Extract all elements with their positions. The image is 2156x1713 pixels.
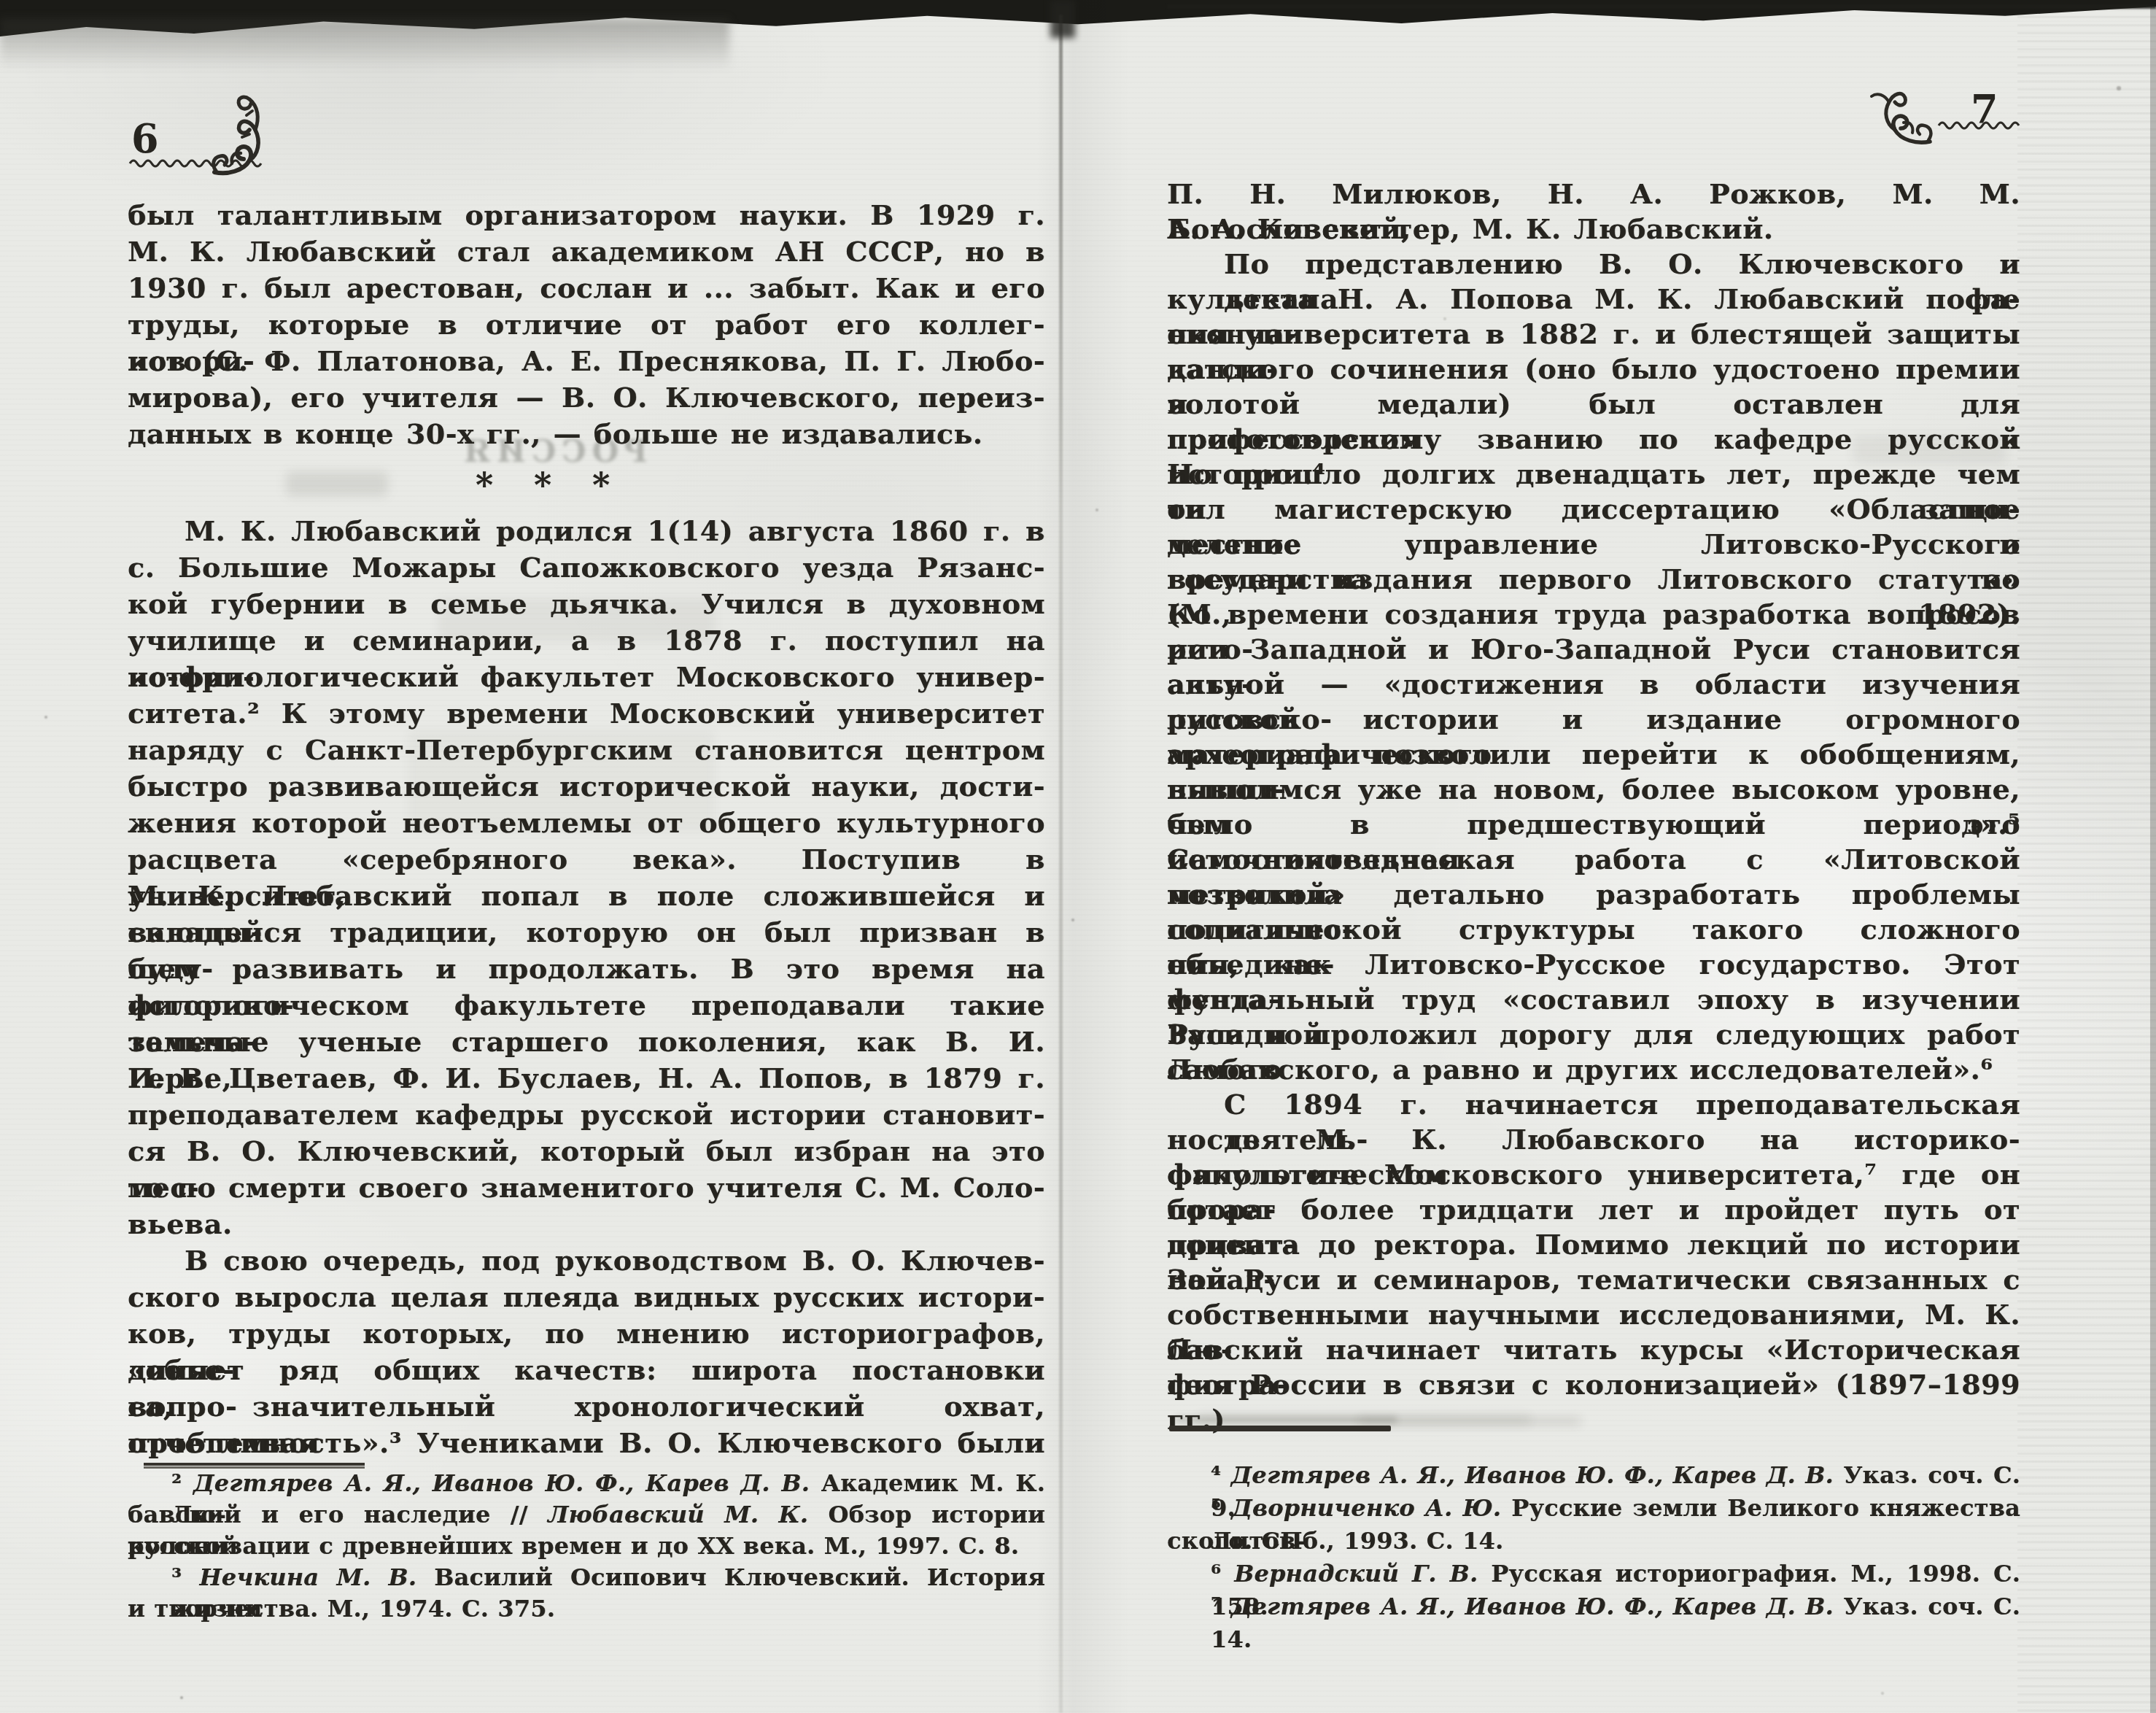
scan-top-smudge [0, 19, 729, 70]
text-line: золотой медали) был оставлен для пригото… [1167, 387, 2020, 422]
footnote-author-italic: Дегтярев А. Я., Иванов Ю. Ф., Карев Д. В… [1231, 1593, 1834, 1620]
ghost-bleedthrough-blob [1196, 1414, 1532, 1426]
text-line: фия России в связи с колонизацией» (1897… [1167, 1367, 2020, 1402]
text-line: преподавателем кафедры русской истории с… [128, 1097, 1045, 1133]
scan-right-edge [2150, 0, 2156, 1713]
footnote-author-italic: Дворниченко А. Ю. [1231, 1494, 1501, 1522]
text-line: то по смерти своего знаменитого учителя … [128, 1169, 1045, 1206]
wavy-rule-icon [1937, 118, 2025, 131]
text-line: позволила детально разработать проблемы … [1167, 877, 2020, 912]
footnote-text: и творчества. М., 1974. С. 375. [128, 1595, 555, 1623]
text-line: В свою очередь, под руководством В. О. К… [128, 1242, 1045, 1279]
footnote-line: ⁶ Вернадский Г. В. Русская историография… [1167, 1558, 2020, 1590]
text-line: датского сочинения (оно было удостоено п… [1167, 352, 2020, 387]
text-line: ной Руси и семинаров, тематически связан… [1167, 1262, 2020, 1297]
text-line: расцвета «серебряного века». Поступив в … [128, 841, 1045, 878]
page-gutter-line [1059, 15, 1063, 1713]
text-line: русской истории и издание огромного архе… [1167, 702, 2020, 737]
footnote-text: ⁶ [1211, 1560, 1234, 1588]
text-line: М. К. Любавский попал в поле сложившейся… [128, 878, 1045, 914]
footnote-line: ⁵ Дворниченко А. Ю. Русские земли Велико… [1167, 1492, 2020, 1525]
text-line: вьева. [128, 1206, 1045, 1242]
footnote-column: ² Дегтярев А. Я., Иванов Ю. Ф., Карев Д.… [128, 1468, 1045, 1625]
text-line: нявшимся уже на новом, более высоком уро… [1167, 772, 2020, 807]
scan-specks [0, 0, 1, 1]
text-line: П. Н. Милюков, Н. А. Рожков, М. М. Богос… [1167, 177, 2020, 212]
text-line: щем развивать и продолжать. В это время … [128, 951, 1045, 987]
text-line: жения которой неотъемлемы от общего куль… [128, 805, 1045, 841]
text-line: факультете Московского университета,⁷ гд… [1167, 1157, 2020, 1192]
footnote-author-italic: Дегтярев А. Я., Иванов Ю. Ф., Карев Д. В… [1231, 1461, 1834, 1489]
text-line: местное управление Литовско-Русского гос… [1167, 527, 2020, 562]
text-line: И. В. Цветаев, Ф. И. Буслаев, Н. А. Попо… [128, 1060, 1045, 1097]
text-column: П. Н. Милюков, Н. А. Рожков, М. М. Богос… [1167, 177, 2020, 1402]
text-line: са, значительный хронологический охват, … [128, 1388, 1045, 1425]
footnote-text: ⁵ [1211, 1494, 1231, 1522]
text-line: с. Большие Можары Сапожковского уезда Ря… [128, 549, 1045, 586]
text-line: быстро развивающейся исторической науки,… [128, 768, 1045, 805]
text-line: По представлению В. О. Ключевского и дек… [1167, 247, 2020, 282]
footnote-rule [1169, 1426, 1391, 1431]
footnote-text: ⁷ [1211, 1593, 1231, 1620]
text-line: наряду с Санкт-Петербургским становится … [128, 732, 1045, 768]
text-line: бавский начинает читать курсы «Историчес… [1167, 1332, 2020, 1367]
text-line: культета Н. А. Попова М. К. Любавский по… [1167, 282, 2020, 317]
text-line: Но прошло долгих двенадцать лет, прежде … [1167, 457, 2020, 492]
footnote-line: ³ Нечкина М. В. Василий Осипович Ключевс… [128, 1562, 1045, 1593]
text-line: кой губернии в семье дьячка. Учился в ду… [128, 586, 1045, 622]
footnote-text: ского. СПб., 1993. С. 14. [1167, 1527, 1503, 1555]
footnote-line: ского. СПб., 1993. С. 14. [1167, 1525, 2020, 1558]
text-line: ность М. К. Любавского на историко-филол… [1167, 1122, 2020, 1157]
text-line: материала позволили перейти к обобщениям… [1167, 737, 2020, 772]
text-line: альной — «достижения в области изучения … [1167, 667, 2020, 702]
footnote-author-italic: Вернадский Г. В. [1234, 1560, 1478, 1588]
text-line: училище и семинарии, а в 1878 г. поступи… [128, 622, 1045, 659]
text-column: был талантливым организатором науки. В 1… [128, 197, 1045, 452]
text-line: было в предшествующий период».⁵ Самостоя… [1167, 807, 2020, 842]
text-line: тельные ученые старшего поколения, как В… [128, 1024, 1045, 1060]
footnote-text: ² [171, 1469, 193, 1497]
text-line: М. К. Любавский стал академиком АН СССР,… [128, 233, 1045, 270]
text-line: ситета.² К этому времени Московский унив… [128, 695, 1045, 732]
footnote-text: ⁴ [1211, 1461, 1231, 1489]
footnote-line: колонизации с древнейших времен и до XX … [128, 1531, 1045, 1562]
text-line: ния университета в 1882 г. и блестящей з… [1167, 317, 2020, 352]
text-line: Любавского, а равно и других исследовате… [1167, 1052, 2020, 1087]
text-line: времени издания первого Литовского стату… [1167, 562, 2020, 597]
text-line: ков, труды которых, по мнению историогра… [128, 1315, 1045, 1352]
text-line: доцента до ректора. Помимо лекций по ист… [1167, 1227, 2020, 1262]
book-scan: 6 РОССИЯ был талантливым организатором н… [0, 0, 2156, 1713]
footnote-column: ⁴ Дегтярев А. Я., Иванов Ю. Ф., Карев Д.… [1167, 1459, 2020, 1623]
text-line: Руси и проложил дорогу для следующих раб… [1167, 1017, 2020, 1052]
text-line: ко-филологический факультет Московского … [128, 659, 1045, 695]
text-line: Ко времени создания труда разработка воп… [1167, 597, 2020, 632]
text-line: ния, как Литовско-Русское государство. Э… [1167, 947, 2020, 982]
text-line: А. А. Кизеветтер, М. К. Любавский. [1167, 212, 2020, 247]
gutter-ink-blob [1050, 0, 1075, 38]
flourish-ornament-icon [206, 93, 279, 182]
text-line: филологическом факультете преподавали та… [128, 987, 1045, 1024]
text-line: ся В. О. Ключевский, который был избран … [128, 1133, 1045, 1169]
footnote-author-italic: Нечкина М. В. [199, 1563, 416, 1591]
text-line: собственными научными исследованиями, М.… [1167, 1297, 2020, 1332]
text-line: 1930 г. был арестован, сослан и ... забы… [128, 270, 1045, 306]
footnote-author-italic: Любавский М. К. [548, 1501, 808, 1528]
text-line: рии Западной и Юго-Западной Руси станови… [1167, 632, 2020, 667]
text-line: диняет ряд общих качеств: широта постано… [128, 1352, 1045, 1388]
footnote-line: и творчества. М., 1974. С. 375. [128, 1593, 1045, 1625]
page-gutter-shadow [1036, 0, 1131, 1713]
text-line: вающейся традиции, которую он был призва… [128, 914, 1045, 951]
scan-top-line [1167, 4, 2156, 9]
text-line: проблемность».³ Учениками В. О. Ключевск… [128, 1425, 1045, 1461]
text-line: М. К. Любавский родился 1(14) августа 18… [128, 513, 1045, 549]
page-number-left: 6 [131, 115, 159, 162]
text-line: мирова), его учителя — В. О. Ключевского… [128, 379, 1045, 416]
text-line: ботает более тридцати лет и пройдет путь… [1167, 1192, 2020, 1227]
text-line: ского выросла целая плеяда видных русски… [128, 1279, 1045, 1315]
section-separator: * * * [128, 454, 972, 517]
footnote-text: ³ [171, 1563, 199, 1591]
text-column: М. К. Любавский родился 1(14) августа 18… [128, 513, 1045, 1461]
footnote-text: бавский и его наследие // [128, 1501, 548, 1528]
footnote-line: ⁴ Дегтярев А. Я., Иванов Ю. Ф., Карев Д.… [1167, 1459, 2020, 1492]
text-line: данных в конце 30-х гг., — больше не изд… [128, 416, 1045, 452]
footnote-author-italic: Дегтярев А. Я., Иванов Ю. Ф., Карев Д. В… [193, 1469, 810, 1497]
text-line: С 1894 г. начинается преподавательская д… [1167, 1087, 2020, 1122]
text-line: ков (С. Ф. Платонова, А. Е. Преснякова, … [128, 343, 1045, 379]
text-line: источниковедческая работа с «Литовской м… [1167, 842, 2020, 877]
text-line: политической структуры такого сложного о… [1167, 912, 2020, 947]
footnote-text: колонизации с древнейших времен и до XX … [128, 1532, 1019, 1560]
flourish-ornament-icon [1864, 82, 1937, 151]
text-line: труды, которые в отличие от работ его ко… [128, 306, 1045, 343]
text-line: тил магистерскую диссертацию «Областное … [1167, 492, 2020, 527]
scan-streaks [2017, 0, 2156, 1713]
footnote-line: ² Дегтярев А. Я., Иванов Ю. Ф., Карев Д.… [128, 1468, 1045, 1499]
text-line: профессорскому званию по кафедре русской… [1167, 422, 2020, 457]
text-line: ментальный труд «составил эпоху в изучен… [1167, 982, 2020, 1017]
footnote-line: ⁷ Дегтярев А. Я., Иванов Ю. Ф., Карев Д.… [1167, 1590, 2020, 1623]
text-line: был талантливым организатором науки. В 1… [128, 197, 1045, 233]
footnote-line: бавский и его наследие // Любавский М. К… [128, 1499, 1045, 1531]
